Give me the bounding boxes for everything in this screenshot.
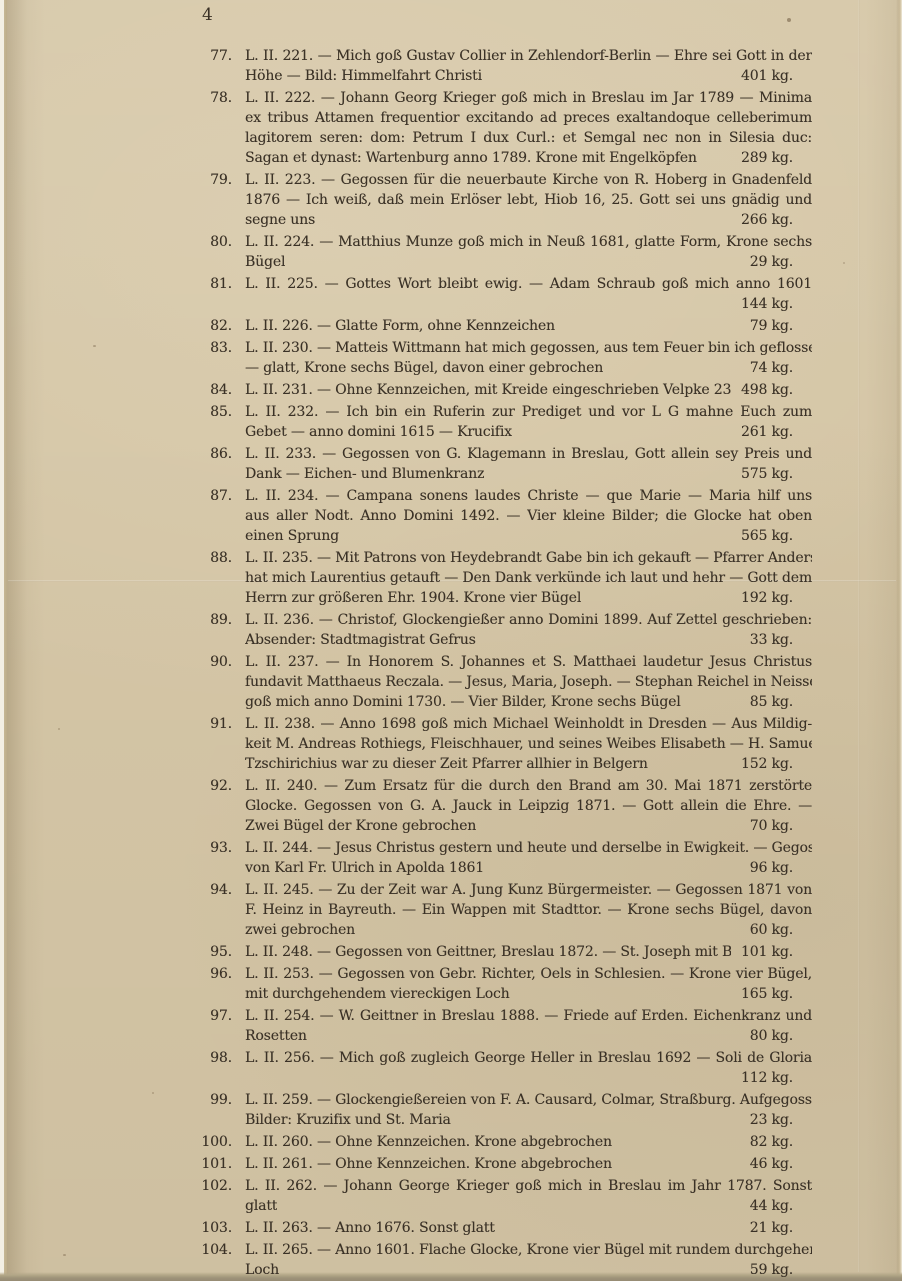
list-item: 80. L. II. 224. — Matthius Munze goß mic…: [186, 232, 812, 272]
item-weight: 261 kg.: [741, 422, 812, 442]
item-text-line: L. II. 223. — Gegossen für die neuerbaut…: [245, 170, 812, 190]
list-item: 93. L. II. 244. — Jesus Christus gestern…: [186, 838, 812, 878]
item-weight: 575 kg.: [741, 464, 812, 484]
item-body: L. II. 236. — Christof, Glockengießer an…: [245, 610, 812, 650]
item-number: 103.: [186, 1218, 232, 1238]
item-text-line: ex tribus Attamen frequentior excitando …: [245, 108, 812, 128]
list-item: 86. L. II. 233. — Gegossen von G. Klagem…: [186, 444, 812, 484]
item-text-line: L. II. 261. — Ohne Kennzeichen. Krone ab…: [245, 1154, 612, 1174]
item-body: L. II. 253. — Gegossen von Gebr. Richter…: [245, 964, 812, 1004]
list-item: 100. L. II. 260. — Ohne Kennzeichen. Kro…: [186, 1132, 812, 1152]
item-last-row: Dank — Eichen- und Blumenkranz575 kg.: [245, 464, 812, 484]
paper-speck: [63, 1254, 66, 1256]
item-number: 100.: [186, 1132, 232, 1152]
item-weight: 60 kg.: [750, 920, 812, 940]
item-last-row: L. II. 261. — Ohne Kennzeichen. Krone ab…: [245, 1154, 812, 1174]
item-text-line: L. II. 244. — Jesus Christus gestern und…: [245, 838, 812, 858]
item-number: 95.: [186, 942, 232, 962]
item-text-line: glatt: [245, 1196, 277, 1216]
item-weight: 33 kg.: [750, 630, 812, 650]
item-weight: 565 kg.: [741, 526, 812, 546]
item-text-line: von Karl Fr. Ulrich in Apolda 1861: [245, 858, 484, 878]
item-weight: 29 kg.: [750, 252, 812, 272]
item-text-line: L. II. 232. — Ich bin ein Ruferin zur Pr…: [245, 402, 812, 422]
item-text-line: 1876 — Ich weiß, daß mein Erlöser lebt, …: [245, 190, 812, 210]
list-item: 82. L. II. 226. — Glatte Form, ohne Kenn…: [186, 316, 812, 336]
item-body: L. II. 244. — Jesus Christus gestern und…: [245, 838, 812, 878]
item-weight: 74 kg.: [750, 358, 812, 378]
item-text-line: aus aller Nodt. Anno Domini 1492. — Vier…: [245, 506, 812, 526]
item-weight: 79 kg.: [750, 316, 812, 336]
item-text-line: L. II. 233. — Gegossen von G. Klagemann …: [245, 444, 812, 464]
item-last-row: Bügel29 kg.: [245, 252, 812, 272]
item-last-row: 144 kg.: [245, 294, 812, 314]
item-number: 88.: [186, 548, 232, 608]
list-item: 87. L. II. 234. — Campana sonens laudes …: [186, 486, 812, 546]
item-last-row: L. II. 231. — Ohne Kennzeichen, mit Krei…: [245, 380, 812, 400]
page-number: 4: [202, 5, 214, 25]
list-item: 79. L. II. 223. — Gegossen für die neuer…: [186, 170, 812, 230]
paper-speck: [93, 345, 96, 347]
paper-crease-vertical: [858, 0, 860, 1272]
item-weight: 59 kg.: [750, 1260, 812, 1280]
item-text-line: L. II. 236. — Christof, Glockengießer an…: [245, 610, 812, 630]
item-weight: 112 kg.: [741, 1068, 812, 1088]
item-number: 104.: [186, 1240, 232, 1280]
list-item: 102. L. II. 262. — Johann George Krieger…: [186, 1176, 812, 1216]
item-weight: 498 kg.: [741, 380, 812, 400]
item-body: L. II. 237. — In Honorem S. Johannes et …: [245, 652, 812, 712]
item-text-line: Tzschirichius war zu dieser Zeit Pfarrer…: [245, 754, 648, 774]
item-body: L. II. 260. — Ohne Kennzeichen. Krone ab…: [245, 1132, 812, 1152]
item-text-line: L. II. 234. — Campana sonens laudes Chri…: [245, 486, 812, 506]
list-item: 91. L. II. 238. — Anno 1698 goß mich Mic…: [186, 714, 812, 774]
item-number: 85.: [186, 402, 232, 442]
item-text-line: Bilder: Kruzifix und St. Maria: [245, 1110, 451, 1130]
item-weight: 85 kg.: [750, 692, 812, 712]
item-text-line: segne uns: [245, 210, 315, 230]
item-text-line: lagitorem seren: dom: Petrum I dux Curl.…: [245, 128, 812, 148]
item-last-row: Bilder: Kruzifix und St. Maria23 kg.: [245, 1110, 812, 1130]
item-text-line: Loch: [245, 1260, 279, 1280]
item-last-row: L. II. 263. — Anno 1676. Sonst glatt21 k…: [245, 1218, 812, 1238]
item-body: L. II. 265. — Anno 1601. Flache Glocke, …: [245, 1240, 812, 1280]
item-last-row: L. II. 226. — Glatte Form, ohne Kennzeic…: [245, 316, 812, 336]
list-item: 103. L. II. 263. — Anno 1676. Sonst glat…: [186, 1218, 812, 1238]
item-text-line: hat mich Laurentius getauft — Den Dank v…: [245, 568, 812, 588]
item-number: 84.: [186, 380, 232, 400]
list-item: 99. L. II. 259. — Glockengießereien von …: [186, 1090, 812, 1130]
item-last-row: Rosetten80 kg.: [245, 1026, 812, 1046]
list-item: 101. L. II. 261. — Ohne Kennzeichen. Kro…: [186, 1154, 812, 1174]
item-weight: 165 kg.: [741, 984, 812, 1004]
item-last-row: 112 kg.: [245, 1068, 812, 1088]
item-text-line: goß mich anno Domini 1730. — Vier Bilder…: [245, 692, 681, 712]
item-last-row: von Karl Fr. Ulrich in Apolda 186196 kg.: [245, 858, 812, 878]
item-body: L. II. 223. — Gegossen für die neuerbaut…: [245, 170, 812, 230]
item-text-line: L. II. 256. — Mich goß zugleich George H…: [245, 1048, 812, 1068]
list-item: 81. L. II. 225. — Gottes Wort bleibt ewi…: [186, 274, 812, 314]
item-number: 78.: [186, 88, 232, 168]
item-body: L. II. 248. — Gegossen von Geittner, Bre…: [245, 942, 812, 962]
item-text-line: Gebet — anno domini 1615 — Krucifix: [245, 422, 512, 442]
item-number: 98.: [186, 1048, 232, 1088]
item-weight: 192 kg.: [741, 588, 812, 608]
item-text-line: L. II. 248. — Gegossen von Geittner, Bre…: [245, 942, 731, 962]
item-number: 101.: [186, 1154, 232, 1174]
item-last-row: einen Sprung565 kg.: [245, 526, 812, 546]
item-last-row: Höhe — Bild: Himmelfahrt Christi401 kg.: [245, 66, 812, 86]
item-text-line: L. II. 221. — Mich goß Gustav Collier in…: [245, 46, 812, 66]
paper-speck: [58, 728, 60, 730]
item-number: 90.: [186, 652, 232, 712]
item-weight: 70 kg.: [750, 816, 812, 836]
item-text-line: L. II. 265. — Anno 1601. Flache Glocke, …: [245, 1240, 812, 1260]
item-text-line: einen Sprung: [245, 526, 339, 546]
item-text-line: L. II. 226. — Glatte Form, ohne Kennzeic…: [245, 316, 555, 336]
item-body: L. II. 262. — Johann George Krieger goß …: [245, 1176, 812, 1216]
item-body: L. II. 231. — Ohne Kennzeichen, mit Krei…: [245, 380, 812, 400]
item-text-line: — glatt, Krone sechs Bügel, davon einer …: [245, 358, 603, 378]
item-body: L. II. 230. — Matteis Wittmann hat mich …: [245, 338, 812, 378]
item-body: L. II. 221. — Mich goß Gustav Collier in…: [245, 46, 812, 86]
list-item: 97. L. II. 254. — W. Geittner in Breslau…: [186, 1006, 812, 1046]
item-number: 87.: [186, 486, 232, 546]
item-text-line: Bügel: [245, 252, 285, 272]
item-body: L. II. 233. — Gegossen von G. Klagemann …: [245, 444, 812, 484]
item-text-line: L. II. 231. — Ohne Kennzeichen, mit Krei…: [245, 380, 731, 400]
item-text-line: L. II. 240. — Zum Ersatz für die durch d…: [245, 776, 812, 796]
item-number: 82.: [186, 316, 232, 336]
paper-speck: [152, 1092, 154, 1094]
item-text-line: L. II. 237. — In Honorem S. Johannes et …: [245, 652, 812, 672]
list-item: 85. L. II. 232. — Ich bin ein Ruferin zu…: [186, 402, 812, 442]
item-text-line: mit durchgehendem viereckigen Loch: [245, 984, 510, 1004]
item-number: 93.: [186, 838, 232, 878]
list-item: 96. L. II. 253. — Gegossen von Gebr. Ric…: [186, 964, 812, 1004]
item-text-line: L. II. 263. — Anno 1676. Sonst glatt: [245, 1218, 495, 1238]
item-text-line: Dank — Eichen- und Blumenkranz: [245, 464, 484, 484]
item-number: 91.: [186, 714, 232, 774]
item-last-row: — glatt, Krone sechs Bügel, davon einer …: [245, 358, 812, 378]
item-body: L. II. 226. — Glatte Form, ohne Kennzeic…: [245, 316, 812, 336]
item-text-line: Herrn zur größeren Ehr. 1904. Krone vier…: [245, 588, 581, 608]
item-text-line: L. II. 230. — Matteis Wittmann hat mich …: [245, 338, 812, 358]
item-weight: 80 kg.: [750, 1026, 812, 1046]
item-number: 92.: [186, 776, 232, 836]
item-number: 96.: [186, 964, 232, 1004]
item-body: L. II. 259. — Glockengießereien von F. A…: [245, 1090, 812, 1130]
item-number: 89.: [186, 610, 232, 650]
item-text-line: zwei gebrochen: [245, 920, 355, 940]
list-item: 84. L. II. 231. — Ohne Kennzeichen, mit …: [186, 380, 812, 400]
list-item: 98. L. II. 256. — Mich goß zugleich Geor…: [186, 1048, 812, 1088]
item-weight: 144 kg.: [741, 294, 812, 314]
item-last-row: glatt44 kg.: [245, 1196, 812, 1216]
item-text-line: L. II. 262. — Johann George Krieger goß …: [245, 1176, 812, 1196]
item-last-row: segne uns266 kg.: [245, 210, 812, 230]
item-text-line: L. II. 225. — Gottes Wort bleibt ewig. —…: [245, 274, 812, 294]
item-text-line: Absender: Stadtmagistrat Gefrus: [245, 630, 476, 650]
item-body: L. II. 224. — Matthius Munze goß mich in…: [245, 232, 812, 272]
item-text-line: F. Heinz in Bayreuth. — Ein Wappen mit S…: [245, 900, 812, 920]
item-body: L. II. 261. — Ohne Kennzeichen. Krone ab…: [245, 1154, 812, 1174]
item-text-line: L. II. 259. — Glockengießereien von F. A…: [245, 1090, 812, 1110]
list-item: 92. L. II. 240. — Zum Ersatz für die dur…: [186, 776, 812, 836]
item-number: 94.: [186, 880, 232, 940]
item-text-line: L. II. 254. — W. Geittner in Breslau 188…: [245, 1006, 812, 1026]
item-body: L. II. 245. — Zu der Zeit war A. Jung Ku…: [245, 880, 812, 940]
item-text-line: Glocke. Gegossen von G. A. Jauck in Leip…: [245, 796, 812, 816]
item-body: L. II. 225. — Gottes Wort bleibt ewig. —…: [245, 274, 812, 314]
item-weight: 101 kg.: [741, 942, 812, 962]
item-last-row: L. II. 260. — Ohne Kennzeichen. Krone ab…: [245, 1132, 812, 1152]
item-body: L. II. 256. — Mich goß zugleich George H…: [245, 1048, 812, 1088]
item-number: 79.: [186, 170, 232, 230]
item-text-line: Zwei Bügel der Krone gebrochen: [245, 816, 476, 836]
list-item: 78. L. II. 222. — Johann Georg Krieger g…: [186, 88, 812, 168]
item-weight: 152 kg.: [741, 754, 812, 774]
paper-speck: [843, 262, 845, 264]
list-item: 95. L. II. 248. — Gegossen von Geittner,…: [186, 942, 812, 962]
item-body: L. II. 238. — Anno 1698 goß mich Michael…: [245, 714, 812, 774]
list-item: 104. L. II. 265. — Anno 1601. Flache Glo…: [186, 1240, 812, 1280]
item-number: 97.: [186, 1006, 232, 1046]
item-number: 77.: [186, 46, 232, 86]
item-weight: 401 kg.: [741, 66, 812, 86]
scanned-document-page: { "page": { "number": "4" }, "colors": {…: [0, 0, 902, 1281]
item-body: L. II. 263. — Anno 1676. Sonst glatt21 k…: [245, 1218, 812, 1238]
item-text-line: L. II. 222. — Johann Georg Krieger goß m…: [245, 88, 812, 108]
item-text-line: keit M. Andreas Rothiegs, Fleischhauer, …: [245, 734, 812, 754]
item-number: 83.: [186, 338, 232, 378]
list-item: 83. L. II. 230. — Matteis Wittmann hat m…: [186, 338, 812, 378]
list-item: 88. L. II. 235. — Mit Patrons von Heydeb…: [186, 548, 812, 608]
list-item: 89. L. II. 236. — Christof, Glockengieße…: [186, 610, 812, 650]
item-text-line: L. II. 260. — Ohne Kennzeichen. Krone ab…: [245, 1132, 612, 1152]
list-item: 94. L. II. 245. — Zu der Zeit war A. Jun…: [186, 880, 812, 940]
item-last-row: mit durchgehendem viereckigen Loch165 kg…: [245, 984, 812, 1004]
item-text-line: L. II. 245. — Zu der Zeit war A. Jung Ku…: [245, 880, 812, 900]
item-text-line: Sagan et dynast: Wartenburg anno 1789. K…: [245, 148, 697, 168]
item-last-row: Absender: Stadtmagistrat Gefrus33 kg.: [245, 630, 812, 650]
item-weight: 23 kg.: [750, 1110, 812, 1130]
item-text-line: L. II. 235. — Mit Patrons von Heydebrand…: [245, 548, 812, 568]
item-text-line: L. II. 238. — Anno 1698 goß mich Michael…: [245, 714, 812, 734]
item-body: L. II. 234. — Campana sonens laudes Chri…: [245, 486, 812, 546]
item-number: 99.: [186, 1090, 232, 1130]
item-number: 80.: [186, 232, 232, 272]
bell-list: 77. L. II. 221. — Mich goß Gustav Collie…: [186, 46, 812, 1281]
binding-gutter-shadow: [7, 0, 27, 1281]
item-last-row: goß mich anno Domini 1730. — Vier Bilder…: [245, 692, 812, 712]
item-body: L. II. 232. — Ich bin ein Ruferin zur Pr…: [245, 402, 812, 442]
item-body: L. II. 240. — Zum Ersatz für die durch d…: [245, 776, 812, 836]
item-last-row: Tzschirichius war zu dieser Zeit Pfarrer…: [245, 754, 812, 774]
item-weight: 44 kg.: [750, 1196, 812, 1216]
page-edge-left: [0, 0, 7, 1281]
item-last-row: Sagan et dynast: Wartenburg anno 1789. K…: [245, 148, 812, 168]
item-number: 81.: [186, 274, 232, 314]
item-weight: 96 kg.: [750, 858, 812, 878]
item-last-row: L. II. 248. — Gegossen von Geittner, Bre…: [245, 942, 812, 962]
page-edge-right: [896, 0, 902, 1281]
item-last-row: Loch59 kg.: [245, 1260, 812, 1280]
item-body: L. II. 254. — W. Geittner in Breslau 188…: [245, 1006, 812, 1046]
item-last-row: zwei gebrochen60 kg.: [245, 920, 812, 940]
list-item: 90. L. II. 237. — In Honorem S. Johannes…: [186, 652, 812, 712]
item-text-line: fundavit Matthaeus Reczala. — Jesus, Mar…: [245, 672, 812, 692]
item-weight: 21 kg.: [750, 1218, 812, 1238]
item-weight: 82 kg.: [750, 1132, 812, 1152]
item-last-row: Gebet — anno domini 1615 — Krucifix261 k…: [245, 422, 812, 442]
item-text-line: Höhe — Bild: Himmelfahrt Christi: [245, 66, 482, 86]
item-weight: 46 kg.: [750, 1154, 812, 1174]
item-body: L. II. 222. — Johann Georg Krieger goß m…: [245, 88, 812, 168]
item-last-row: Herrn zur größeren Ehr. 1904. Krone vier…: [245, 588, 812, 608]
list-item: 77. L. II. 221. — Mich goß Gustav Collie…: [186, 46, 812, 86]
item-weight: 289 kg.: [741, 148, 812, 168]
item-number: 86.: [186, 444, 232, 484]
paper-speck: [787, 18, 791, 22]
item-text-line: L. II. 224. — Matthius Munze goß mich in…: [245, 232, 812, 252]
item-weight: 266 kg.: [741, 210, 812, 230]
item-body: L. II. 235. — Mit Patrons von Heydebrand…: [245, 548, 812, 608]
item-text-line: Rosetten: [245, 1026, 307, 1046]
item-text-line: L. II. 253. — Gegossen von Gebr. Richter…: [245, 964, 812, 984]
item-last-row: Zwei Bügel der Krone gebrochen70 kg.: [245, 816, 812, 836]
item-number: 102.: [186, 1176, 232, 1216]
